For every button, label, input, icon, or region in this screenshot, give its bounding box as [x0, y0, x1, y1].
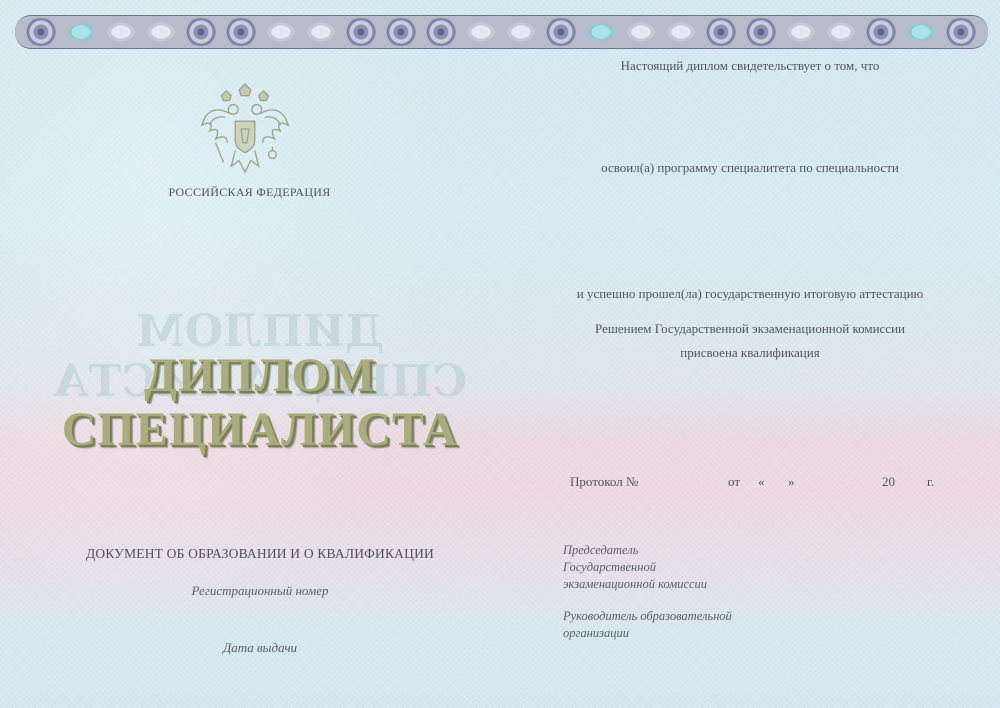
- protocol-year-suffix: г.: [927, 474, 934, 490]
- qualification-awarded-text: присвоена квалификация: [520, 345, 980, 361]
- guilloche-rosette: [621, 18, 661, 46]
- registration-number-label: Регистрационный номер: [60, 583, 460, 599]
- protocol-from-label: от: [728, 474, 740, 490]
- protocol-quote-open: «: [758, 474, 765, 490]
- protocol-number-label: Протокол №: [570, 474, 638, 490]
- chair-line-3: экзаменационной комиссии: [563, 576, 707, 593]
- guilloche-rosette: [581, 18, 621, 46]
- guilloche-rosette: [61, 18, 101, 46]
- guilloche-rosette: [501, 18, 541, 46]
- guilloche-rosette: [261, 18, 301, 46]
- guilloche-pattern: [15, 16, 988, 48]
- head-line-1: Руководитель образовательной: [563, 608, 732, 625]
- russian-coat-of-arms-icon: [195, 82, 295, 180]
- organization-head-signature-label: Руководитель образовательной организации: [563, 608, 732, 642]
- guilloche-rosette: [181, 18, 221, 46]
- guilloche-rosette: [661, 18, 701, 46]
- guilloche-rosette: [901, 18, 941, 46]
- guilloche-rosette: [941, 18, 981, 46]
- guilloche-rosette: [381, 18, 421, 46]
- guilloche-rosette: [341, 18, 381, 46]
- head-line-2: организации: [563, 625, 732, 642]
- protocol-quote-close: »: [788, 474, 795, 490]
- chair-line-1: Председатель: [563, 542, 707, 559]
- country-name: РОССИЙСКАЯ ФЕДЕРАЦИЯ: [167, 185, 332, 200]
- guilloche-rosette: [221, 18, 261, 46]
- guilloche-rosette: [781, 18, 821, 46]
- commission-chair-signature-label: Председатель Государственной экзаменацио…: [563, 542, 707, 593]
- guilloche-rosette: [101, 18, 141, 46]
- guilloche-rosette: [301, 18, 341, 46]
- protocol-year-prefix: 20: [882, 474, 895, 490]
- attestation-text: и успешно прошел(ла) государственную ито…: [520, 286, 980, 302]
- guilloche-rosette: [701, 18, 741, 46]
- commission-decision-text: Решением Государственной экзаменационной…: [520, 321, 980, 337]
- diploma-title: ДИПЛОМ: [40, 348, 480, 403]
- guilloche-rosette: [141, 18, 181, 46]
- issue-date-label: Дата выдачи: [60, 640, 460, 656]
- guilloche-rosette: [981, 18, 988, 46]
- document-type: ДОКУМЕНТ ОБ ОБРАЗОВАНИИ И О КВАЛИФИКАЦИИ: [60, 546, 460, 562]
- certifies-text: Настоящий диплом свидетельствует о том, …: [520, 58, 980, 74]
- guilloche-rosette: [741, 18, 781, 46]
- guilloche-rosette: [461, 18, 501, 46]
- chair-line-2: Государственной: [563, 559, 707, 576]
- diploma-page: РОССИЙСКАЯ ФЕДЕРАЦИЯ ДИПЛОМ СПЕЦИАЛИСТА …: [0, 0, 1000, 708]
- guilloche-rosette: [541, 18, 581, 46]
- diploma-subtitle: СПЕЦИАЛИСТА: [40, 402, 480, 457]
- guilloche-rosette: [821, 18, 861, 46]
- guilloche-rosette: [21, 18, 61, 46]
- program-text: освоил(а) программу специалитета по спец…: [520, 160, 980, 176]
- guilloche-rosette: [421, 18, 461, 46]
- guilloche-rosette: [861, 18, 901, 46]
- guilloche-border-band: [15, 15, 988, 49]
